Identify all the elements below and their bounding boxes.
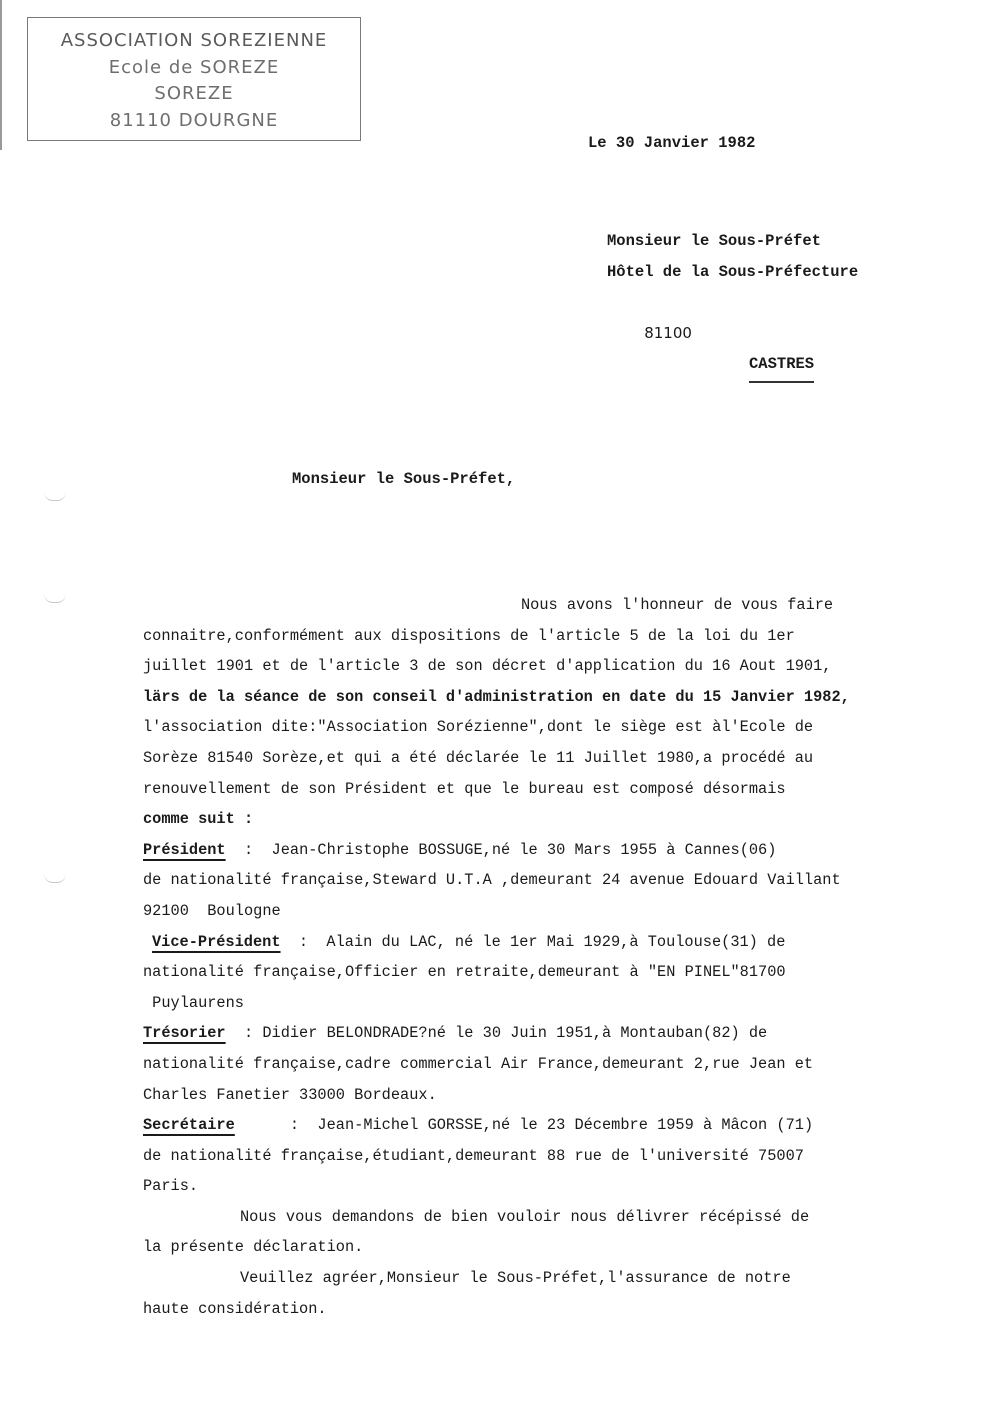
body-line: juillet 1901 et de l'article 3 de son dé… [143,651,903,682]
closing-line: haute considération. [143,1294,903,1325]
role-separator: : [226,1024,263,1042]
member-detail: Didier BELONDRADE?né le 30 Juin 1951,à M… [262,1024,767,1042]
stamp-line-school: Ecole de SOREZE [28,55,360,82]
body-line: comme suit : [143,804,903,835]
addressee-city: CASTRES [749,349,814,383]
member-detail-line: Charles Fanetier 33000 Bordeaux. [143,1080,903,1111]
stamp-line-town: SOREZE [28,81,360,108]
member-detail-line: Puylaurens [143,988,903,1019]
role-separator: : [235,1116,318,1134]
page-edge [0,0,2,150]
salutation: Monsieur le Sous-Préfet, [292,470,515,488]
punch-hole-mark [44,874,66,883]
role-label: Vice-Président [152,933,281,951]
body-line: lärs de la séance de son conseil d'admin… [143,682,903,713]
member-detail-line: nationalité française,cadre commercial A… [143,1049,903,1080]
role-separator: : [226,841,272,859]
letter-body: Nous avons l'honneur de vous faire conna… [143,590,903,1324]
member-secretary: Secrétaire : Jean-Michel GORSSE,né le 23… [143,1110,903,1141]
body-line: l'association dite:"Association Sorézien… [143,712,903,743]
stamp-line-association: ASSOCIATION SOREZIENNE [28,28,360,55]
member-detail: Jean-Michel GORSSE,né le 23 Décembre 195… [317,1116,813,1134]
closing-line: Veuillez agréer,Monsieur le Sous-Préfet,… [143,1263,903,1294]
member-detail-line: de nationalité française,étudiant,demeur… [143,1141,903,1172]
addressee-office: Hôtel de la Sous-Préfecture [607,257,858,288]
letter-date: Le 30 Janvier 1982 [588,134,755,152]
punch-hole-mark [44,594,66,603]
member-detail: Alain du LAC, né le 1er Mai 1929,à Toulo… [326,933,785,951]
addressee-block: Monsieur le Sous-Préfet Hôtel de la Sous… [607,226,858,410]
member-detail-line: nationalité française,Officier en retrai… [143,957,903,988]
role-label: Président [143,841,226,859]
body-line: renouvellement de son Président et que l… [143,774,903,805]
member-detail-line: Paris. [143,1171,903,1202]
member-detail-line: 92100 Boulogne [143,896,903,927]
role-separator: : [281,933,327,951]
stamp-line-postal: 81110 DOURGNE [28,108,360,135]
member-detail: Jean-Christophe BOSSUGE,né le 30 Mars 19… [272,841,777,859]
punch-hole-mark [44,492,66,501]
request-line: la présente déclaration. [143,1232,903,1263]
body-line: connaitre,conformément aux dispositions … [143,621,903,652]
association-stamp: ASSOCIATION SOREZIENNE Ecole de SOREZE S… [27,17,361,141]
member-president: Président : Jean-Christophe BOSSUGE,né l… [143,835,903,866]
role-label: Trésorier [143,1024,226,1042]
body-line: Nous avons l'honneur de vous faire [143,590,903,621]
member-vice-president: Vice-Président : Alain du LAC, né le 1er… [143,927,903,958]
addressee-title: Monsieur le Sous-Préfet [607,226,858,257]
addressee-postal-line: 81100 CASTRES [607,287,858,410]
request-line: Nous vous demandons de bien vouloir nous… [143,1202,903,1233]
addressee-postal-code: 81100 [644,324,692,342]
member-treasurer: Trésorier : Didier BELONDRADE?né le 30 J… [143,1018,903,1049]
body-line: Sorèze 81540 Sorèze,et qui a été déclaré… [143,743,903,774]
member-detail-line: de nationalité française,Steward U.T.A ,… [143,865,903,896]
role-label: Secrétaire [143,1116,235,1134]
